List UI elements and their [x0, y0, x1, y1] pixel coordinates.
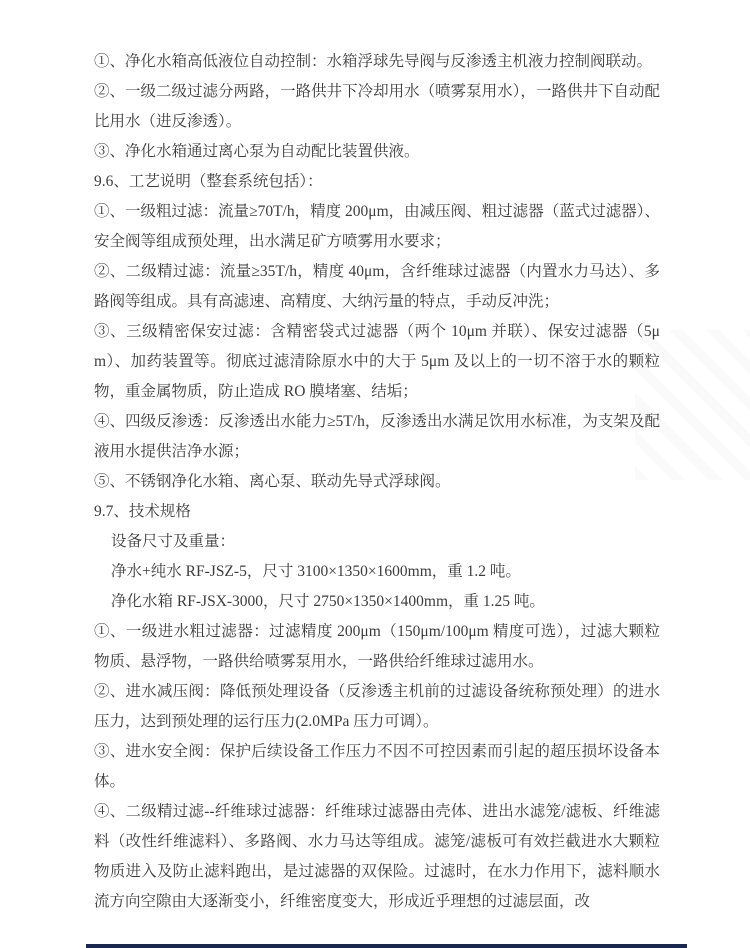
paragraph: ②、一级二级过滤分两路，一路供井下冷却用水（喷雾泵用水），一路供井下自动配比用水…	[94, 77, 660, 137]
next-section-top-border	[86, 944, 687, 948]
paragraph: 净水+纯水 RF-JSZ-5，尺寸 3100×1350×1600mm，重 1.2…	[94, 557, 660, 587]
paragraph: ①、一级进水粗过滤器：过滤精度 200μm（150μm/100μm 精度可选），…	[94, 617, 660, 677]
paragraph: 设备尺寸及重量：	[94, 527, 660, 557]
paragraph: ③、进水安全阀：保护后续设备工作压力不因不可控因素而引起的超压损坏设备本体。	[94, 737, 660, 797]
paragraph: ⑤、不锈钢净化水箱、离心泵、联动先导式浮球阀。	[94, 467, 660, 497]
document-page: ①、净化水箱高低液位自动控制：水箱浮球先导阀与反渗透主机液力控制阀联动。②、一级…	[0, 0, 750, 948]
paragraph: ④、四级反渗透：反渗透出水能力≥5T/h，反渗透出水满足饮用水标准，为支架及配液…	[94, 407, 660, 467]
paragraph: ②、二级精过滤：流量≥35T/h，精度 40μm，含纤维球过滤器（内置水力马达）…	[94, 257, 660, 317]
paragraph: ④、二级精过滤--纤维球过滤器：纤维球过滤器由壳体、进出水滤笼/滤板、纤维滤料（…	[94, 797, 660, 917]
section-heading: 9.7、技术规格	[94, 497, 660, 527]
document-body: ①、净化水箱高低液位自动控制：水箱浮球先导阀与反渗透主机液力控制阀联动。②、一级…	[94, 47, 660, 917]
paragraph: ①、一级粗过滤：流量≥70T/h，精度 200μm，由减压阀、粗过滤器（蓝式过滤…	[94, 197, 660, 257]
section-heading: 9.6、工艺说明（整套系统包括）：	[94, 167, 660, 197]
paragraph: ②、进水减压阀：降低预处理设备（反渗透主机前的过滤设备统称预处理）的进水压力，达…	[94, 677, 660, 737]
paragraph: ①、净化水箱高低液位自动控制：水箱浮球先导阀与反渗透主机液力控制阀联动。	[94, 47, 660, 77]
paragraph: ③、三级精密保安过滤：含精密袋式过滤器（两个 10μm 并联）、保安过滤器（5μ…	[94, 317, 660, 407]
paragraph: 净化水箱 RF-JSX-3000，尺寸 2750×1350×1400mm，重 1…	[94, 587, 660, 617]
paragraph: ③、净化水箱通过离心泵为自动配比装置供液。	[94, 137, 660, 167]
